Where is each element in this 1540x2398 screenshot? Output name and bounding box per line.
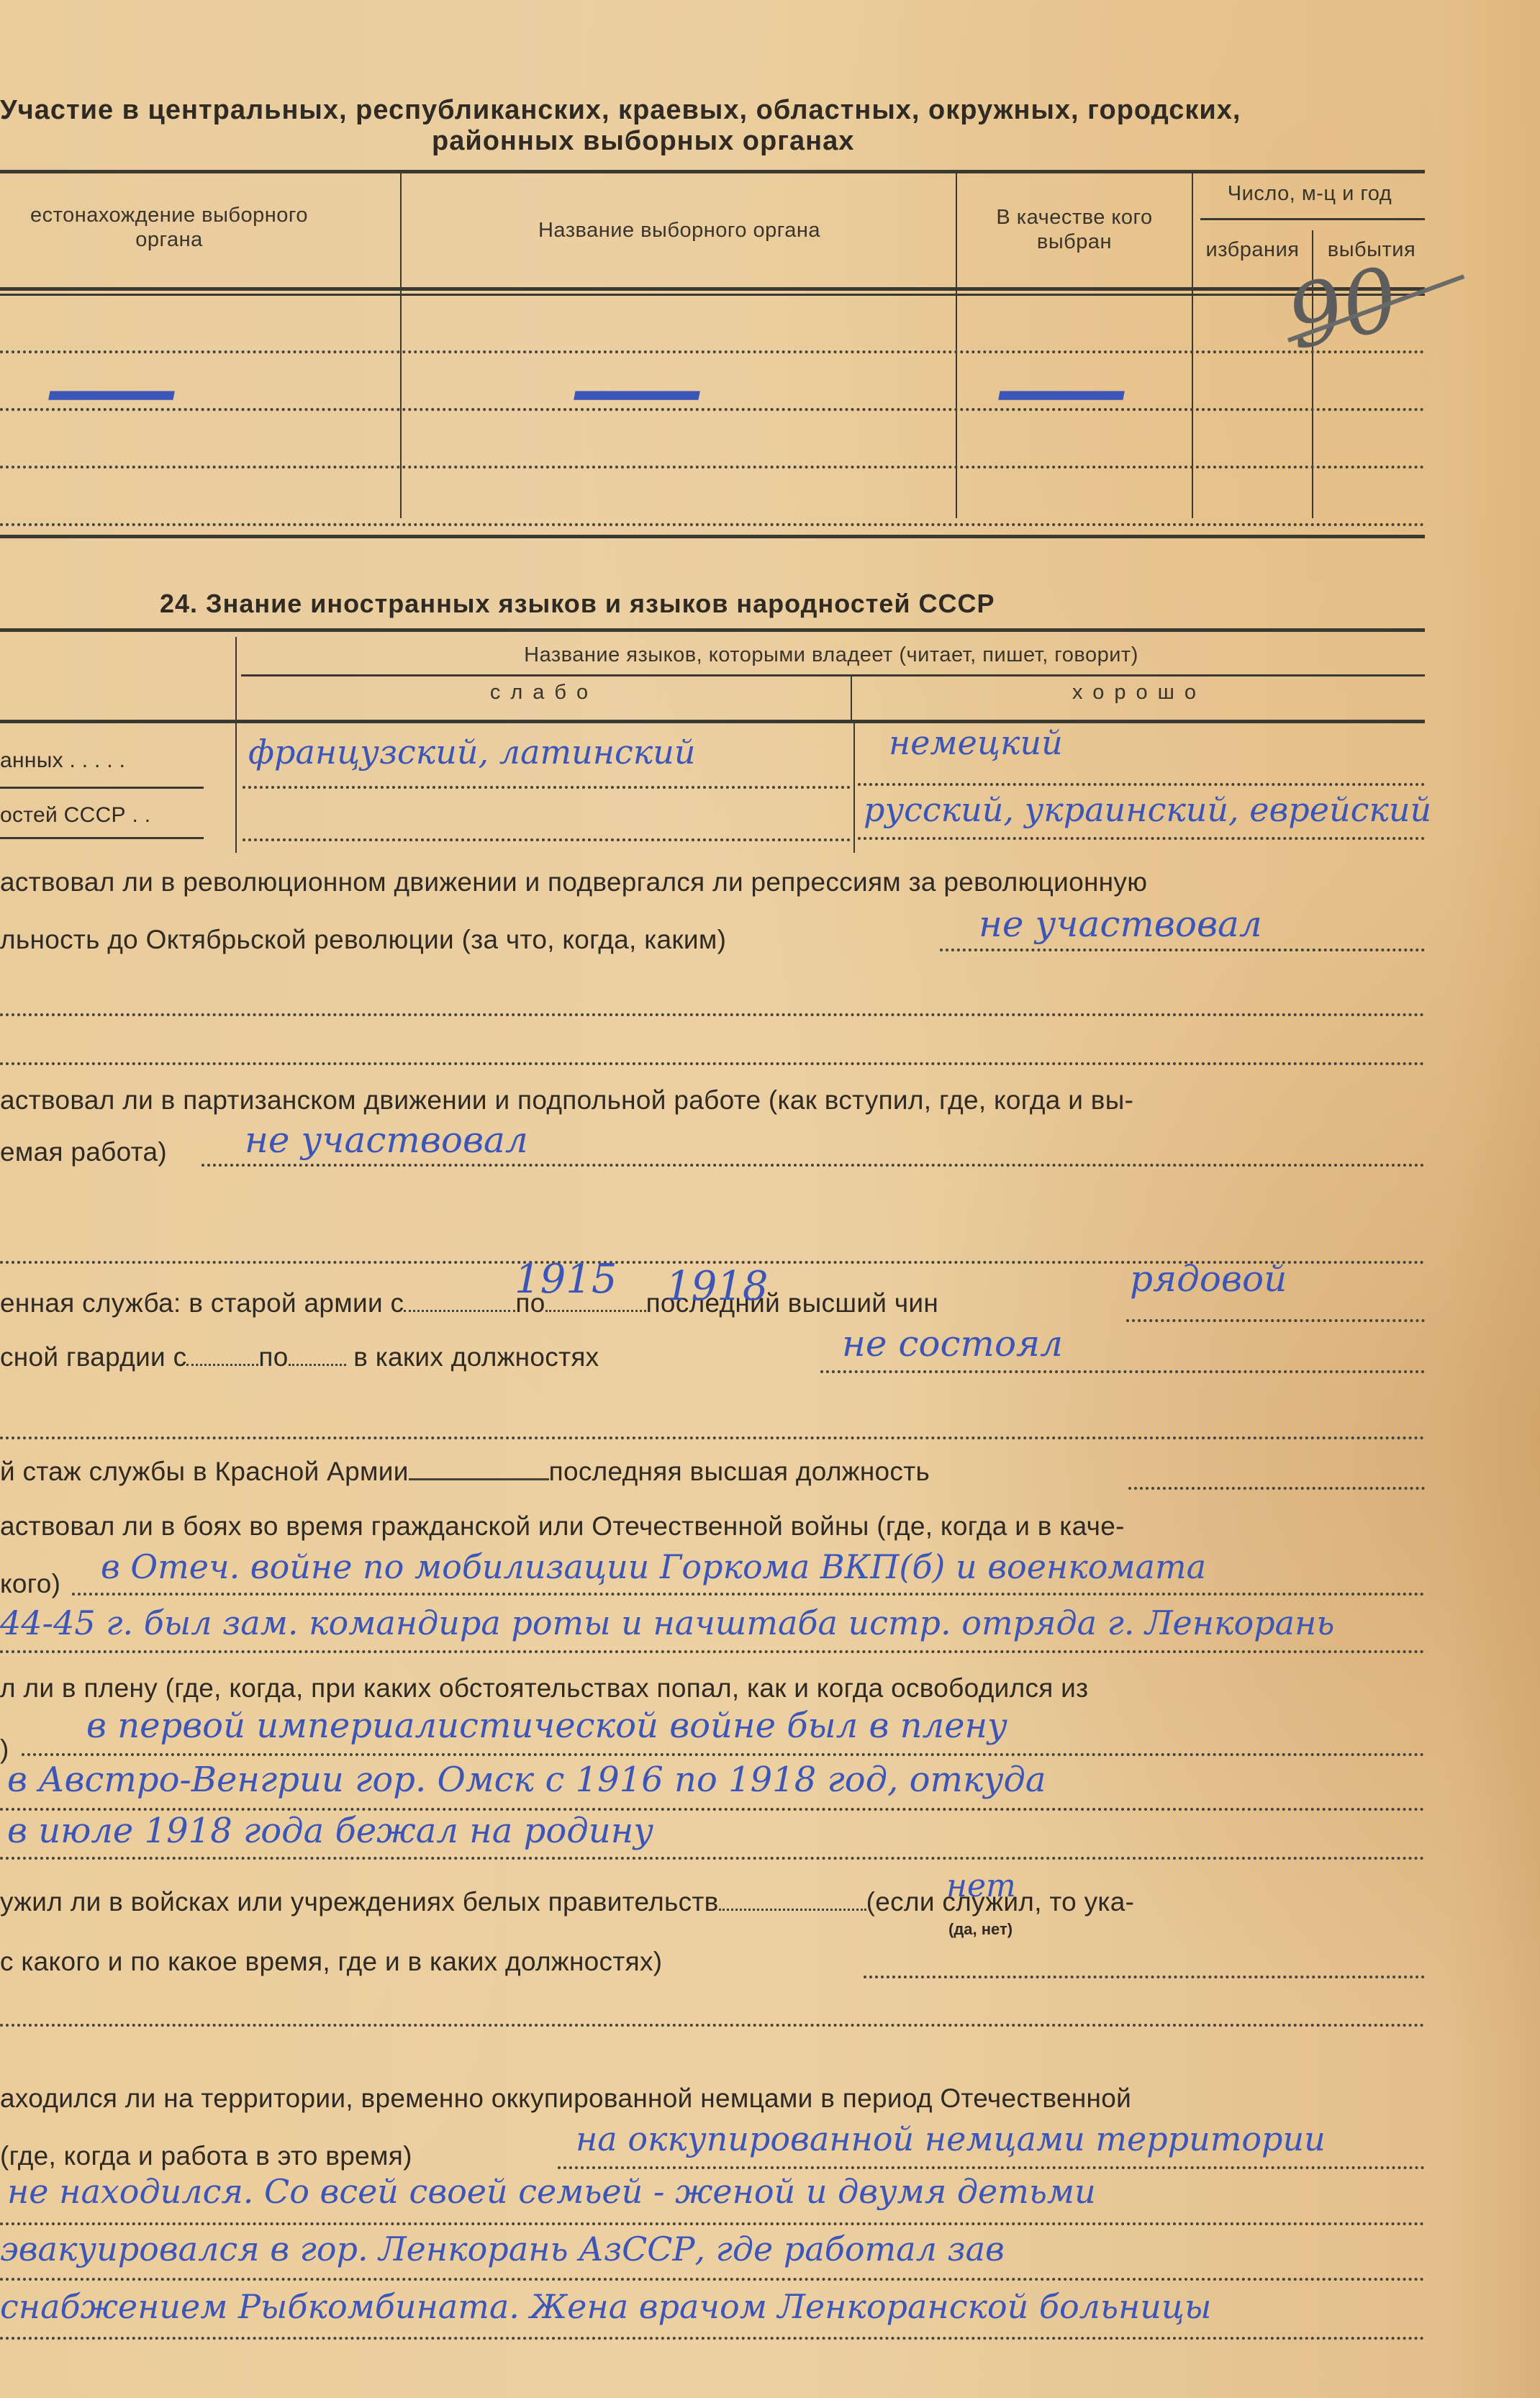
column-header-date-elected: избрания bbox=[1193, 237, 1312, 262]
column-header-role-line1: В качестве кого bbox=[957, 205, 1192, 230]
label-white-service: ужил ли в войсках или учреждениях белых … bbox=[0, 1887, 719, 1917]
column-header-date-group: Число, м-ц и год bbox=[1195, 181, 1425, 206]
answer-rule bbox=[22, 1753, 1425, 1756]
column-header-weak: слабо bbox=[237, 680, 851, 705]
answer-rule bbox=[864, 1976, 1425, 1978]
field-role-dash[interactable]: — bbox=[993, 317, 1130, 453]
column-header-location-line2: органа bbox=[0, 227, 338, 252]
question-white-service-line2: с какого и по какое время, где и в каких… bbox=[0, 1947, 662, 1977]
lang-col-divider bbox=[853, 723, 855, 853]
answer-rule bbox=[0, 1857, 1425, 1860]
question-partisan-line1: аствовал ли в партизанском движении и по… bbox=[0, 1085, 1133, 1116]
answer-rule bbox=[0, 1650, 1425, 1653]
label-red-guard-to: по bbox=[258, 1342, 288, 1372]
answer-rule bbox=[0, 1013, 1425, 1016]
field-old-army-from[interactable]: 1915 bbox=[515, 1256, 617, 1303]
answer-rule bbox=[0, 2278, 1425, 2281]
answer-rule bbox=[0, 2222, 1425, 2225]
label-positions: в каких должностях bbox=[353, 1342, 599, 1372]
question-occupation-prefix: (где, когда и работа в это время) bbox=[0, 2141, 412, 2171]
answer-rule bbox=[201, 1164, 1425, 1167]
field-lang-good-foreign[interactable]: немецкий bbox=[889, 723, 1063, 762]
lang-col-divider bbox=[851, 677, 852, 720]
question-partisan-line2: емая работа) bbox=[0, 1137, 167, 1167]
column-header-role: В качестве кого выбран bbox=[957, 205, 1192, 254]
field-captivity-answer-line2[interactable]: в Австро-Венгрии гор. Омск с 1916 по 191… bbox=[7, 1760, 1046, 1800]
field-occupation-answer-line2[interactable]: не находился. Со всей своей семьей - жен… bbox=[7, 2172, 1096, 2211]
section-23-title-line2: районных выборных органах bbox=[432, 126, 854, 157]
table-header-bottom-rule bbox=[0, 287, 1425, 291]
answer-rule bbox=[0, 2337, 1425, 2340]
field-organ-name-dash[interactable]: — bbox=[569, 317, 705, 453]
field-partisan-answer[interactable]: не участвовал bbox=[245, 1119, 528, 1161]
field-captivity-answer-line1[interactable]: в первой империалистической войне был в … bbox=[86, 1706, 1007, 1746]
column-header-name: Название выборного органа bbox=[403, 218, 956, 243]
field-occupation-answer-line4[interactable]: снабжением Рыбкомбината. Жена врачом Лен… bbox=[0, 2287, 1211, 2326]
lang-table-header: Название языков, которыми владеет (читае… bbox=[237, 643, 1425, 667]
field-positions[interactable]: не состоял bbox=[842, 1323, 1063, 1365]
field-highest-rank[interactable]: рядовой bbox=[1130, 1258, 1287, 1300]
lang-row-label-ussr: остей СССР . . bbox=[0, 803, 150, 828]
question-red-army: й стаж службы в Красной Армиипоследняя в… bbox=[0, 1457, 930, 1487]
field-lang-weak-foreign[interactable]: французский, латинский bbox=[248, 733, 696, 772]
lang-header-bottom-rule bbox=[0, 720, 1425, 723]
answer-rule bbox=[940, 949, 1425, 951]
table-row-rule bbox=[0, 523, 1425, 526]
field-location-dash[interactable]: — bbox=[43, 317, 180, 453]
date-group-rule bbox=[1200, 218, 1425, 220]
field-battles-answer-line2[interactable]: 44-45 г. был зам. командира роты и начшт… bbox=[0, 1603, 1334, 1642]
label-red-army-tenure: й стаж службы в Красной Армии bbox=[0, 1457, 409, 1486]
lang-header-rule bbox=[241, 674, 1425, 677]
field-occupation-answer-line3[interactable]: эвакуировался в гор. Ленкорань АзССР, гд… bbox=[0, 2230, 1005, 2268]
lang-table-top-rule bbox=[0, 628, 1425, 632]
lang-row-label-foreign: анных . . . . . bbox=[0, 748, 125, 773]
question-battles-prefix: кого) bbox=[0, 1569, 60, 1599]
question-revolutionary-line2: льность до Октябрьской революции (за что… bbox=[0, 925, 726, 955]
table-header-bottom-rule-2 bbox=[0, 294, 1425, 296]
column-header-location: естонахождение выборного органа bbox=[0, 203, 338, 252]
field-revolutionary-answer[interactable]: не участвовал bbox=[979, 903, 1262, 945]
table-row-rule bbox=[0, 408, 1425, 411]
label-old-army-from: енная служба: в старой армии с bbox=[0, 1288, 404, 1318]
table-row-rule bbox=[0, 466, 1425, 469]
answer-rule bbox=[0, 1436, 1425, 1439]
lang-row-rule bbox=[243, 786, 851, 789]
lang-row-label-rule bbox=[0, 787, 204, 789]
answer-rule bbox=[820, 1370, 1425, 1373]
lang-row-rule bbox=[243, 838, 851, 841]
label-red-guard-from: сной гвардии с bbox=[0, 1342, 186, 1372]
answer-rule bbox=[1128, 1487, 1425, 1490]
column-header-role-line2: выбран bbox=[957, 230, 1192, 254]
field-lang-good-ussr[interactable]: русский, украинский, еврейский bbox=[864, 790, 1431, 829]
table-top-rule bbox=[0, 170, 1425, 173]
question-revolutionary-line1: аствовал ли в революционном движении и п… bbox=[0, 867, 1147, 897]
answer-rule bbox=[72, 1593, 1425, 1596]
label-highest-position: последняя высшая должность bbox=[549, 1457, 930, 1486]
lang-row-rule bbox=[858, 783, 1425, 786]
answer-rule bbox=[1126, 1319, 1425, 1322]
table-bottom-rule bbox=[0, 535, 1425, 538]
question-battles-line1: аствовал ли в боях во время гражданской … bbox=[0, 1511, 1125, 1542]
table-row-rule bbox=[0, 350, 1425, 353]
lang-row-rule bbox=[858, 837, 1425, 840]
column-header-location-line1: естонахождение выборного bbox=[0, 203, 338, 227]
question-captivity-line1: л ли в плену (где, когда, при каких обст… bbox=[0, 1673, 1088, 1704]
field-occupation-answer-line1[interactable]: на оккупированной немцами территории bbox=[576, 2119, 1326, 2158]
section-24-title: 24. Знание иностранных языков и языков н… bbox=[160, 589, 995, 619]
field-white-service[interactable]: нет bbox=[946, 1868, 1016, 1904]
field-captivity-answer-line3[interactable]: в июле 1918 года бежал на родину bbox=[7, 1811, 653, 1851]
answer-rule bbox=[0, 2024, 1425, 2027]
question-occupation-line1: аходился ли на территории, временно окку… bbox=[0, 2083, 1131, 2114]
field-battles-answer-line1[interactable]: в Отеч. войне по мобилизации Горкома ВКП… bbox=[101, 1547, 1206, 1586]
answer-rule bbox=[0, 1062, 1425, 1065]
section-23-title-line1: Участие в центральных, республиканских, … bbox=[0, 95, 1241, 126]
lang-row-label-rule bbox=[0, 837, 204, 839]
lang-table-divider bbox=[235, 637, 237, 853]
field-old-army-to[interactable]: 1918 bbox=[666, 1263, 769, 1310]
column-header-good: хорошо bbox=[853, 680, 1425, 705]
question-military-line2: сной гвардии спо в каких должностях bbox=[0, 1342, 599, 1372]
question-military-line1: енная служба: в старой армии спопоследни… bbox=[0, 1288, 938, 1318]
hint-yes-no: (да, нет) bbox=[948, 1920, 1013, 1939]
answer-rule bbox=[558, 2166, 1425, 2169]
